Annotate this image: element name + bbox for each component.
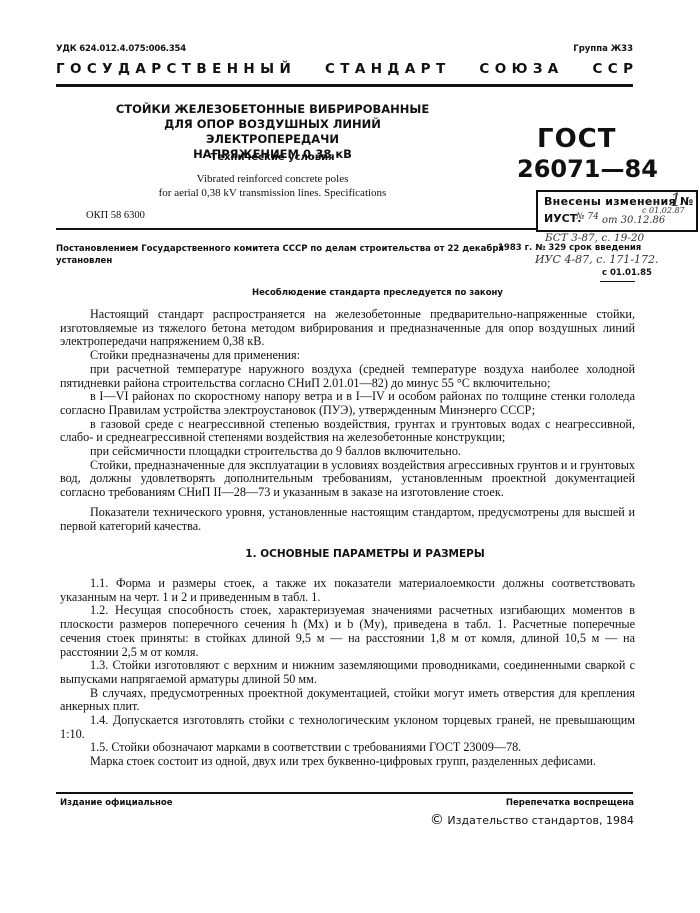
effective-date: с 01.01.85 [602, 268, 652, 278]
effective-date-rule [600, 281, 635, 282]
decree-text: Постановлением Государственного комитета… [56, 243, 526, 267]
paragraph: Настоящий стандарт распространяется на ж… [60, 308, 635, 349]
decree-line: установлен [56, 255, 526, 267]
paragraph: В случаях, предусмотренных проектной док… [60, 687, 635, 714]
paragraph: 1.3. Стойки изготовляют с верхним и нижн… [60, 659, 635, 686]
section-1-body: 1.1. Форма и размеры стоек, а также их п… [60, 577, 635, 769]
amendment-stamp: Внесены изменения № 1 с 01.02.87 ИУСТ. №… [536, 190, 698, 232]
publisher-line: © Издательство стандартов, 1984 [430, 812, 634, 828]
paragraph: при сейсмичности площадки строительства … [60, 445, 635, 459]
decree-tail: 1983 г. № 329 срок введения [498, 243, 641, 253]
english-title-line: Vibrated reinforced concrete poles [100, 172, 445, 186]
decree-line: Постановлением Государственного комитета… [56, 243, 526, 255]
okp-code: ОКП 58 6300 [86, 210, 145, 221]
gost-label: ГОСТ [537, 124, 617, 154]
bottom-rule [56, 792, 633, 794]
paragraph: 1.4. Допускается изготовлять стойки с те… [60, 714, 635, 741]
handwritten-ius-note: ИУС 4-87, с. 171-172. [535, 253, 659, 266]
paragraph: Показатели технического уровня, установл… [60, 506, 635, 533]
paragraph: Марка стоек состоит из одной, двух или т… [60, 755, 635, 769]
document-subtitle: Технические условия [100, 152, 445, 163]
copyright-icon: © [430, 812, 444, 828]
top-rule [56, 84, 633, 87]
udk-code: УДК 624.012.4.075:006.354 [56, 44, 186, 54]
banner-word: С С Р [593, 61, 634, 77]
paragraph: 1.1. Форма и размеры стоек, а также их п… [60, 577, 635, 604]
english-title-line: for aerial 0,38 kV transmission lines. S… [100, 186, 445, 200]
banner-word: С Т А Н Д А Р Т [325, 61, 445, 77]
official-edition-label: Издание официальное [60, 798, 173, 808]
intro-section: Настоящий стандарт распространяется на ж… [60, 308, 635, 533]
paragraph: Стойки предназначены для применения: [60, 349, 635, 363]
middle-rule [56, 228, 536, 230]
paragraph: в I—VI районах по скоростному напору вет… [60, 390, 635, 417]
stamp-date-from: с 01.02.87 [642, 206, 685, 215]
banner-word: Г О С У Д А Р С Т В Е Н Н Ы Й [56, 61, 291, 77]
paragraph: в газовой среде с неагрессивной степенью… [60, 418, 635, 445]
title-line: СТОЙКИ ЖЕЛЕЗОБЕТОННЫЕ ВИБРИРОВАННЫЕ [100, 102, 445, 117]
paragraph: Стойки, предназначенные для эксплуатации… [60, 459, 635, 500]
english-title: Vibrated reinforced concrete poles for a… [100, 172, 445, 200]
banner-word: С О Ю З А [479, 61, 558, 77]
law-notice: Несоблюдение стандарта преследуется по з… [0, 288, 700, 298]
paragraph: 1.5. Стойки обозначают марками в соответ… [60, 741, 635, 755]
title-line: ДЛЯ ОПОР ВОЗДУШНЫХ ЛИНИЙ ЭЛЕКТРОПЕРЕДАЧИ [100, 117, 445, 147]
section-heading: 1. ОСНОВНЫЕ ПАРАМЕТРЫ И РАЗМЕРЫ [0, 548, 700, 560]
publisher-name: Издательство стандартов, 1984 [447, 814, 634, 827]
reprint-notice: Перепечатка воспрещена [506, 798, 634, 808]
stamp-date-on: от 30.12.86 [602, 215, 665, 226]
paragraph: при расчетной температуре наружного возд… [60, 363, 635, 390]
group-code: Группа Ж33 [573, 44, 633, 54]
stamp-handwritten-number: № 74 [576, 212, 599, 222]
paragraph: 1.2. Несущая способность стоек, характер… [60, 604, 635, 659]
gost-number: 26071—84 [517, 155, 658, 183]
state-standard-banner: Г О С У Д А Р С Т В Е Н Н Ы Й С Т А Н Д … [56, 61, 633, 77]
